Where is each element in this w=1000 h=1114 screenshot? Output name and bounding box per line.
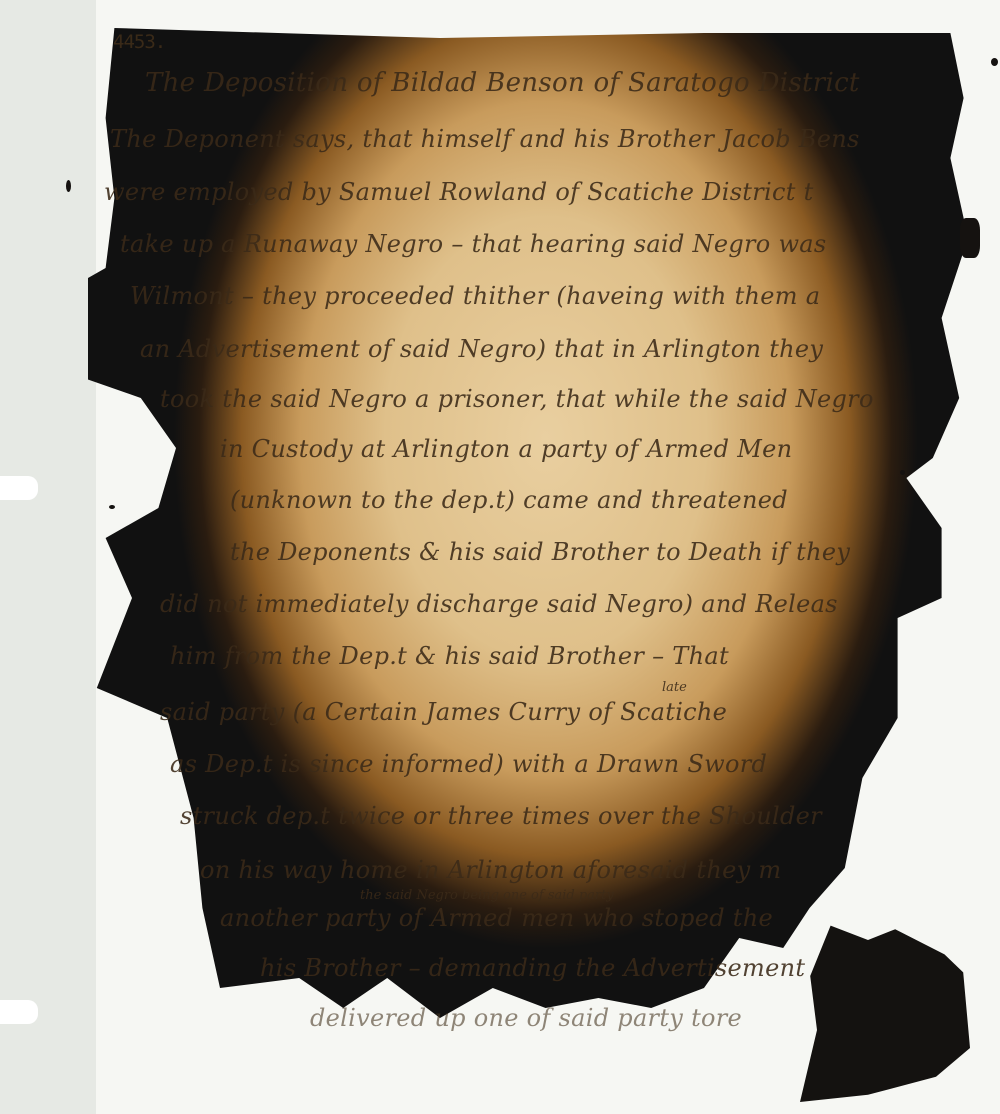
- char-speck: [900, 470, 905, 475]
- title-line: The Deposition of Bildad Benson of Sarat…: [145, 68, 860, 98]
- manuscript-line: in Custody at Arlington a party of Armed…: [220, 435, 792, 463]
- strip-hole-lower: [0, 1000, 38, 1024]
- catalog-number: 4453.: [113, 31, 165, 53]
- manuscript-line: the Deponents & his said Brother to Deat…: [230, 538, 850, 566]
- manuscript-line: were employed by Samuel Rowland of Scati…: [104, 178, 814, 206]
- manuscript-line: said party (a Certain James Curry of Sca…: [160, 698, 727, 726]
- manuscript-line: his Brother – demanding the Advertisemen…: [260, 954, 805, 982]
- manuscript-line: him from the Dep.t & his said Brother – …: [170, 642, 729, 670]
- char-speck: [991, 58, 998, 66]
- manuscript-line: delivered up one of said party tore: [310, 1004, 742, 1032]
- manuscript-line: took the said Negro a prisoner, that whi…: [160, 385, 874, 413]
- char-speck: [109, 505, 115, 509]
- manuscript-line: Wilmont – they proceeded thither (havein…: [130, 282, 820, 310]
- strip-hole-upper: [0, 476, 38, 500]
- char-speck: [66, 180, 71, 192]
- microfilm-strip: [0, 0, 97, 1114]
- manuscript-line: (unknown to the dep.t) came and threaten…: [230, 486, 788, 514]
- interlinear-note: late: [662, 680, 687, 695]
- manuscript-line: on his way home in Arlington aforesaid t…: [200, 856, 781, 884]
- manuscript-line: The Deponent says, that himself and his …: [110, 125, 860, 153]
- interlinear-note: the said Negro being one of said party: [360, 888, 614, 903]
- manuscript-line: struck dep.t twice or three times over t…: [180, 802, 822, 830]
- manuscript-line: as Dep.t is since informed) with a Drawn…: [170, 750, 767, 778]
- manuscript-line: take up a Runaway Negro – that hearing s…: [120, 230, 827, 258]
- manuscript-line: did not immediately discharge said Negro…: [160, 590, 838, 618]
- manuscript-line: an Advertisement of said Negro) that in …: [140, 335, 823, 363]
- char-speck: [960, 218, 980, 258]
- manuscript-line: another party of Armed men who stoped th…: [220, 904, 773, 932]
